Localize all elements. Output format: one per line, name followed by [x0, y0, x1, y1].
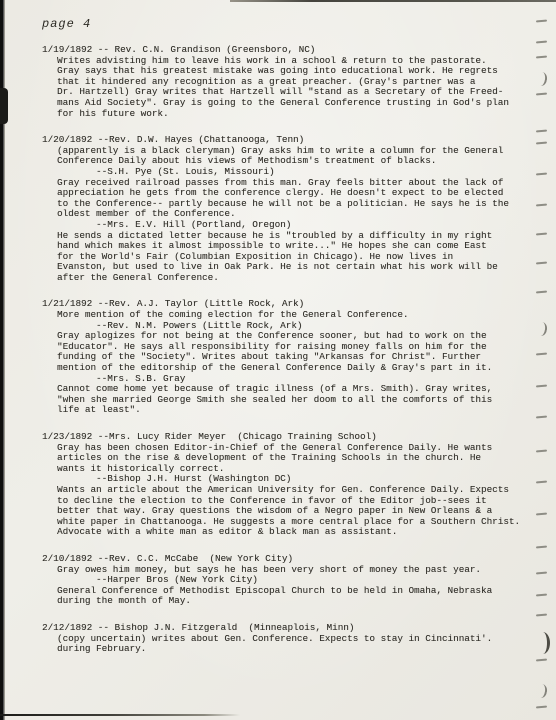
entry-date-heading: 2/12/1892 -- Bishop J.N. Fitzgerald (Min…: [42, 623, 536, 634]
log-entry: 2/12/1892 -- Bishop J.N. Fitzgerald (Min…: [42, 623, 536, 655]
scan-edge-bottom: [0, 714, 240, 716]
entry-date-heading: 1/19/1892 -- Rev. C.N. Grandison (Greens…: [42, 45, 536, 56]
page-number-label: page 4: [42, 17, 536, 31]
scan-mark: [536, 41, 547, 44]
scan-mark: [536, 572, 547, 575]
scan-mark: [536, 173, 547, 176]
scan-mark: [536, 20, 547, 23]
scan-mark: [536, 513, 547, 516]
entry-text-line: during the month of May.: [57, 596, 536, 607]
entry-text-line: for his future work.: [57, 109, 536, 120]
entry-text-line: Advocate with a white man as editor & bl…: [57, 527, 536, 538]
entry-date-heading: 1/23/1892 --Mrs. Lucy Rider Meyer (Chica…: [42, 432, 536, 443]
scan-mark: [536, 93, 547, 96]
scan-mark: [536, 706, 547, 709]
entry-text-line: life at least".: [57, 405, 536, 416]
scan-mark: [536, 142, 547, 145]
scanned-document-page: page 4 1/19/1892 -- Rev. C.N. Grandison …: [0, 0, 556, 720]
log-entry: 2/10/1892 --Rev. C.C. McCabe (New York C…: [42, 554, 536, 607]
scan-mark: [536, 385, 547, 388]
scan-mark: [536, 130, 547, 133]
entry-date-heading: 2/10/1892 --Rev. C.C. McCabe (New York C…: [42, 554, 536, 565]
entry-text-line: during February.: [57, 644, 536, 655]
entries-container: 1/19/1892 -- Rev. C.N. Grandison (Greens…: [42, 45, 536, 655]
scan-mark: [536, 353, 547, 356]
scan-mark: [535, 321, 548, 336]
entry-text-line: mans Aid Society". Gray is going to the …: [57, 98, 536, 109]
scan-mark: [536, 481, 547, 484]
scan-mark: [536, 450, 547, 453]
scan-mark: [536, 56, 547, 59]
scan-mark: [536, 632, 550, 654]
scan-mark: [536, 233, 547, 236]
entry-text-line: after the General Conference.: [57, 273, 536, 284]
log-entry: 1/19/1892 -- Rev. C.N. Grandison (Greens…: [42, 45, 536, 119]
scan-mark: [536, 291, 547, 294]
scan-mark: [536, 614, 547, 617]
page-content: page 4 1/19/1892 -- Rev. C.N. Grandison …: [42, 17, 536, 671]
correspondent-subheading: --S.H. Pye (St. Louis, Missouri): [57, 167, 536, 178]
scan-mark: [536, 416, 547, 419]
scan-edge-blob: [0, 88, 8, 124]
log-entry: 1/20/1892 --Rev. D.W. Hayes (Chattanooga…: [42, 135, 536, 283]
log-entry: 1/23/1892 --Mrs. Lucy Rider Meyer (Chica…: [42, 432, 536, 538]
scan-mark: [536, 594, 547, 597]
scan-mark: [536, 262, 547, 265]
scan-mark: [535, 71, 548, 86]
log-entry: 1/21/1892 --Rev. A.J. Taylor (Little Roc…: [42, 299, 536, 416]
scan-mark: [536, 546, 547, 549]
scan-mark: [536, 204, 547, 207]
scan-mark: [535, 683, 548, 698]
scan-mark: [536, 659, 547, 662]
entry-text-line: Wants an article about the American Univ…: [57, 485, 536, 496]
scan-edge-top: [230, 0, 556, 2]
correspondent-subheading: --Mrs. E.V. Hill (Portland, Oregon): [57, 220, 536, 231]
